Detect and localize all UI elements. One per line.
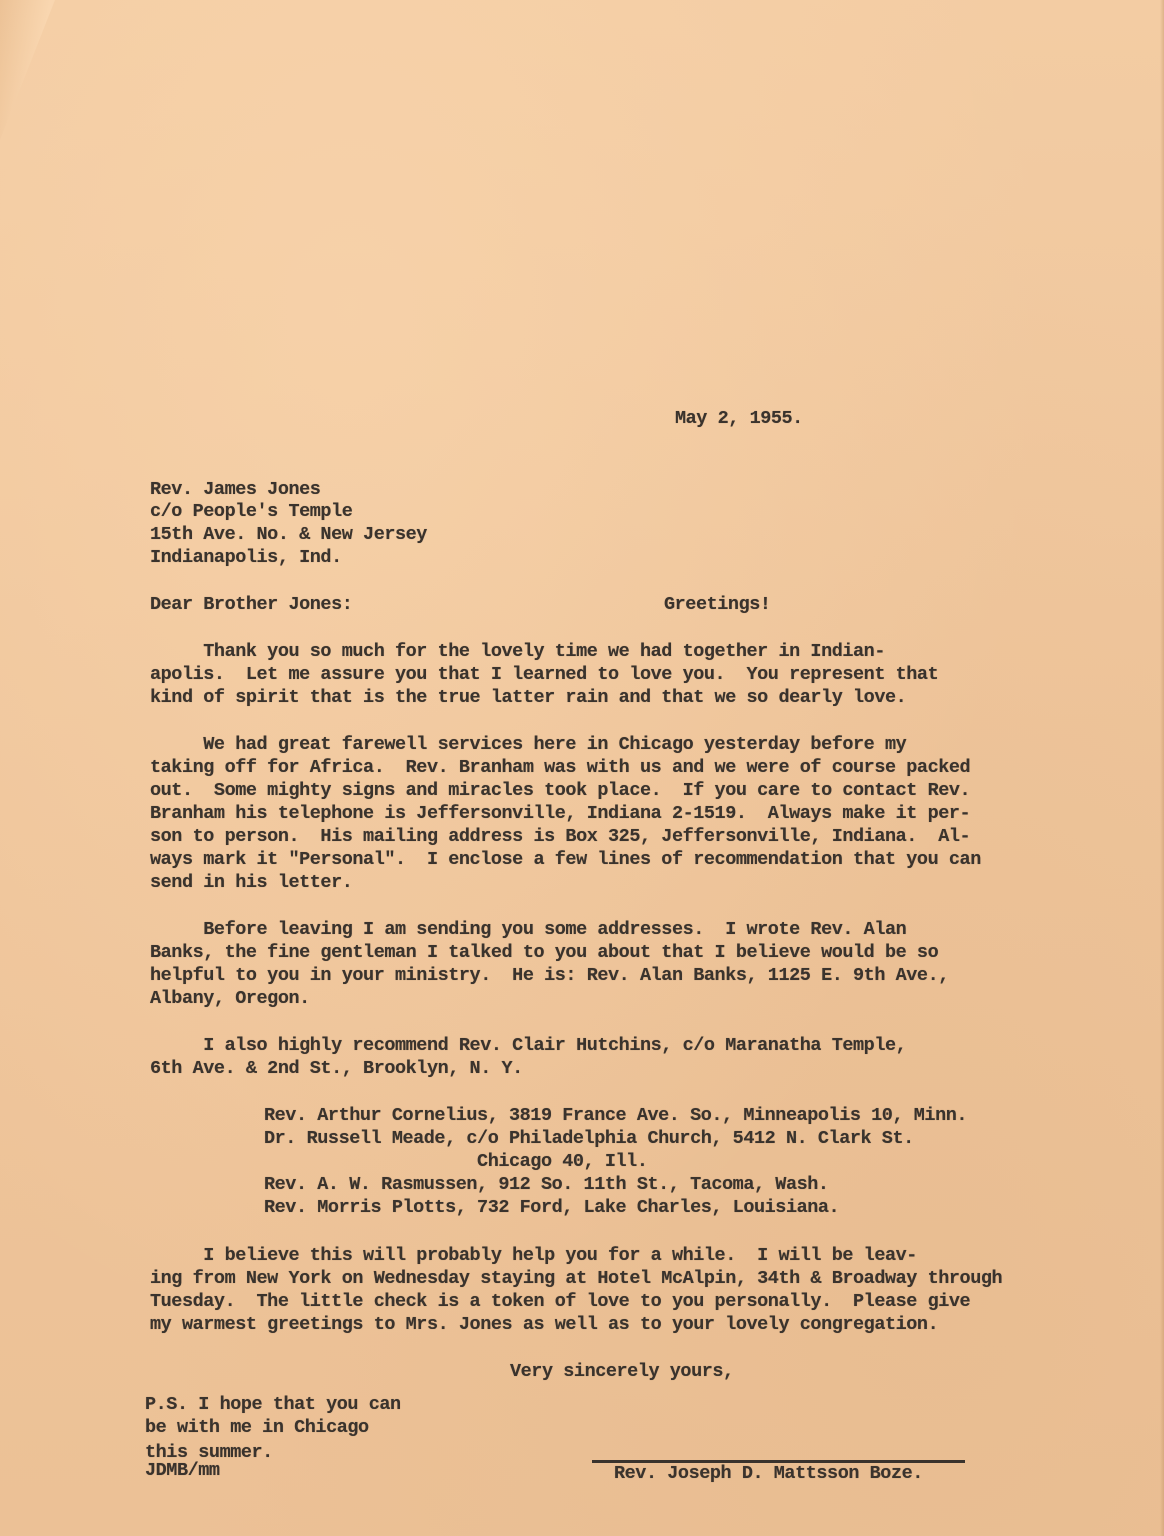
body-line: I believe this will probably help you fo… xyxy=(150,1245,917,1268)
signature-name: Rev. Joseph D. Mattsson Boze. xyxy=(614,1463,923,1486)
address-entry: Rev. A. W. Rasmussen, 912 So. 11th St., … xyxy=(264,1174,829,1197)
body-line: send in his letter. xyxy=(150,872,352,895)
complimentary-close: Very sincerely yours, xyxy=(510,1361,734,1384)
address-entry: Chicago 40, Ill. xyxy=(264,1151,647,1174)
reference-initials: JDMB/mm xyxy=(145,1460,220,1483)
greeting: Greetings! xyxy=(664,594,771,617)
body-line: We had great farewell services here in C… xyxy=(150,734,906,757)
body-line: 6th Ave. & 2nd St., Brooklyn, N. Y. xyxy=(150,1058,523,1081)
letter-date: May 2, 1955. xyxy=(675,408,803,431)
body-line: out. Some mighty signs and miracles took… xyxy=(150,780,970,803)
salutation: Dear Brother Jones: xyxy=(150,594,352,617)
body-line: Branham his telephone is Jeffersonville,… xyxy=(150,803,970,826)
recipient-line: c/o People's Temple xyxy=(150,501,352,524)
body-line: son to person. His mailing address is Bo… xyxy=(150,826,970,849)
recipient-line: 15th Ave. No. & New Jersey xyxy=(150,524,427,547)
body-line: Before leaving I am sending you some add… xyxy=(150,919,906,942)
body-line: kind of spirit that is the true latter r… xyxy=(150,687,906,710)
postscript-line: P.S. I hope that you can xyxy=(145,1394,401,1417)
recipient-line: Rev. James Jones xyxy=(150,479,320,502)
paper-edge xyxy=(1160,0,1164,1536)
body-line: my warmest greetings to Mrs. Jones as we… xyxy=(150,1314,938,1337)
body-line: Banks, the fine gentleman I talked to yo… xyxy=(150,942,938,965)
body-line: Thank you so much for the lovely time we… xyxy=(150,641,885,664)
postscript-line: be with me in Chicago xyxy=(145,1417,369,1440)
body-line: I also highly recommend Rev. Clair Hutch… xyxy=(150,1035,906,1058)
body-line: Tuesday. The little check is a token of … xyxy=(150,1291,970,1314)
address-entry: Dr. Russell Meade, c/o Philadelphia Chur… xyxy=(264,1128,914,1151)
body-line: apolis. Let me assure you that I learned… xyxy=(150,664,938,687)
body-line: Albany, Oregon. xyxy=(150,988,310,1011)
body-line: taking off for Africa. Rev. Branham was … xyxy=(150,757,970,780)
body-line: ways mark it "Personal". I enclose a few… xyxy=(150,849,981,872)
address-entry: Rev. Morris Plotts, 732 Ford, Lake Charl… xyxy=(264,1197,839,1220)
body-line: ing from New York on Wednesday staying a… xyxy=(150,1268,1002,1291)
body-line: helpful to you in your ministry. He is: … xyxy=(150,965,949,988)
recipient-line: Indianapolis, Ind. xyxy=(150,547,342,570)
address-entry: Rev. Arthur Cornelius, 3819 France Ave. … xyxy=(264,1105,967,1128)
